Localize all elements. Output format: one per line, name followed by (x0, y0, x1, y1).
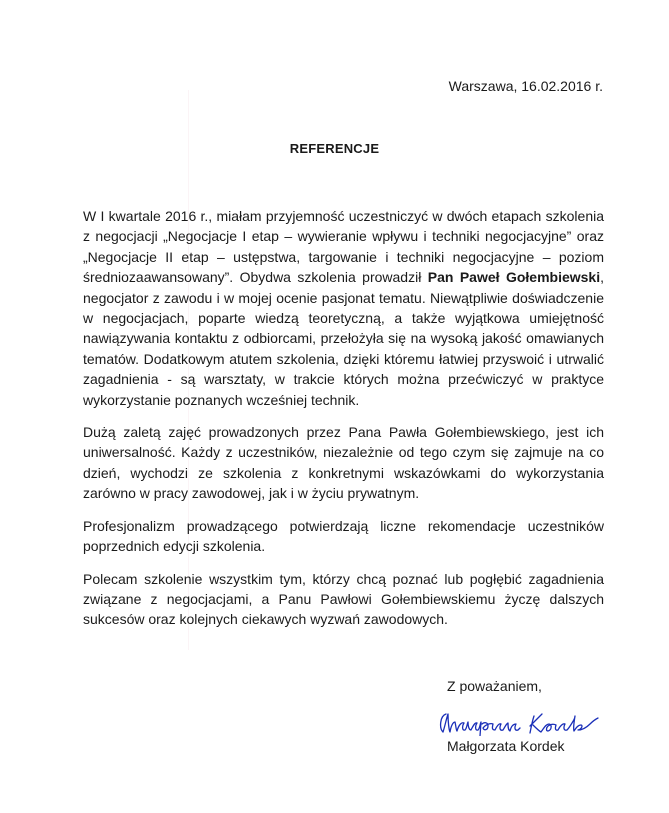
paragraph-3: Profesjonalizm prowadzącego potwierdzają… (83, 516, 604, 557)
paragraph-1-text-b: , negocjator z zawodu i w mojej ocenie p… (83, 269, 604, 407)
signer-name: Małgorzata Kordek (447, 736, 565, 756)
letter-body: W I kwartale 2016 r., miałam przyjemność… (83, 206, 604, 642)
paragraph-4: Polecam szkolenie wszystkim tym, którzy … (83, 569, 604, 630)
letter-title: REFERENCJE (0, 139, 669, 159)
paragraph-2: Dużą zaletą zajęć prowadzonych przez Pan… (83, 422, 604, 504)
paragraph-1: W I kwartale 2016 r., miałam przyjemność… (83, 206, 604, 410)
place-date: Warszawa, 16.02.2016 r. (449, 76, 603, 96)
trainer-name-bold: Pan Paweł Gołembiewski (428, 269, 600, 285)
letter-page: Warszawa, 16.02.2016 r. REFERENCJE W I k… (0, 0, 669, 813)
handwritten-signature (436, 706, 616, 736)
closing-salutation: Z poważaniem, (447, 676, 542, 696)
